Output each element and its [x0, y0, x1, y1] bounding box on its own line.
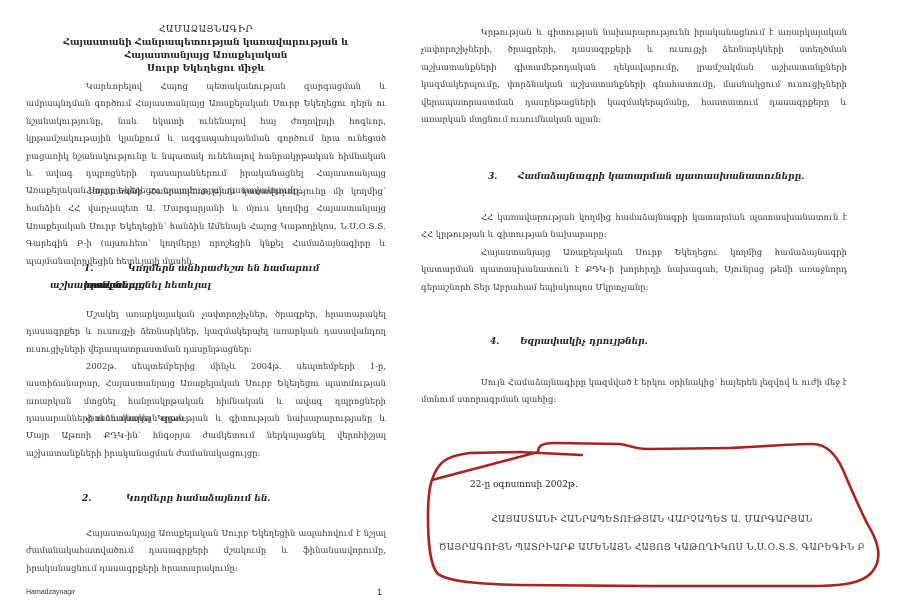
section-4-number: 4.	[490, 334, 520, 351]
section-3-heading-text: Համաձայնագրի կատարման պատասխանատուները.	[518, 172, 804, 182]
section-1-paragraph-1: Մշակել առարկայական չափորոշիչներ, ծրագրեր…	[26, 306, 386, 358]
section-4-paragraph-1: Սույն Համաձայնագիրը կազմված է երկու օրին…	[421, 374, 847, 409]
document-title-block: ՀԱՄԱՁԱՅՆԱԳԻՐ Հայաստանի Հանրապետության կա…	[26, 23, 386, 75]
section-3-paragraph-2: Հայաստանյայց Առաքելական Սուրբ Եկեղեցու կ…	[421, 244, 847, 296]
page-footer-label: Hamadzaynagir	[26, 589, 75, 596]
section-2-number: 2.	[82, 491, 126, 508]
signature-date: 22-ը օգոստոսի 2002թ.	[470, 480, 578, 490]
signature-line-catholicos: ԾԱՅՐԱԳՈՒՅՆ ՊԱՏՐԻԱՐՔ ԱՄԵՆԱՅՆ ՀԱՅՈՑ ԿԱԹՈՂԻ…	[432, 543, 872, 553]
intro-paragraph: Կարևորելով Հայոց պետականության զարգացման…	[26, 78, 386, 200]
document-title: ՀԱՄԱՁԱՅՆԱԳԻՐ	[26, 23, 386, 36]
document-subtitle-line2: Սուրբ Եկեղեցու միջև	[26, 62, 386, 75]
section-3-heading: 3.Համաձայնագրի կատարման պատասխանատուները…	[488, 169, 848, 186]
section-1-heading-cont: աշխատանքները.	[50, 278, 350, 295]
section-2-heading: 2.Կողմերը համաձայնում են.	[82, 491, 382, 508]
section-3-paragraph-1: ՀՀ կառավարության կողմից համաձայնագրի կատ…	[421, 209, 847, 244]
document-subtitle-line1: Հայաստանի Հանրապետության կառավարության և…	[26, 36, 386, 62]
section-1-number: 1.	[84, 261, 128, 278]
section-4-heading: 4.Եզրափակիչ դրույթներ.	[490, 334, 850, 351]
page-number: 1	[377, 587, 382, 597]
continuation-paragraph: Կրթության և գիտության նախարարությունն իր…	[421, 24, 847, 128]
section-4-heading-text: Եզրափակիչ դրույթներ.	[520, 337, 648, 347]
signature-line-prime-minister: ՀԱՅԱՍՏԱՆԻ ՀԱՆՐԱՊԵՏՈՒԹՅԱՆ ՎԱՐՉԱՊԵՏ Ա. ՄԱՐ…	[432, 515, 872, 525]
section-2-paragraph-1: Հայաստանյայց Առաքելական Սուրբ Եկեղեցին ա…	[26, 525, 386, 577]
parties-paragraph: Հայաստանի Հանրապետության կառավարությունը…	[26, 183, 386, 270]
section-2-heading-text: Կողմերը համաձայնում են.	[126, 494, 271, 504]
section-3-number: 3.	[488, 169, 518, 186]
section-1-paragraph-3: Հանձնարարել Կրթության և գիտության նախարա…	[26, 410, 386, 462]
document-page-left: ՀԱՄԱՁԱՅՆԱԳԻՐ Հայաստանի Հանրապետության կա…	[0, 0, 420, 611]
